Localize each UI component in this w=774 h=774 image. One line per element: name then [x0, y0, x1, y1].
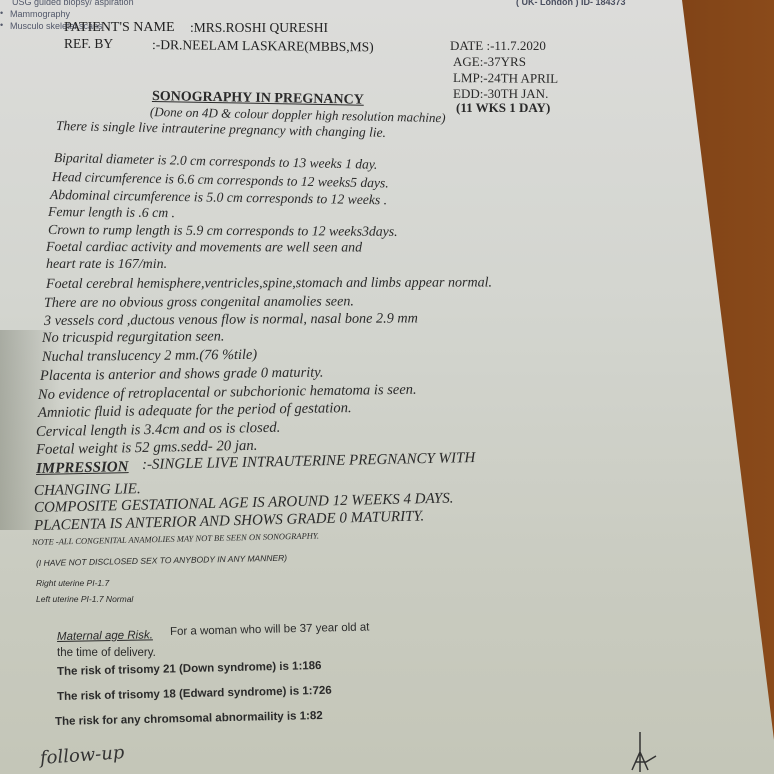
finding-line: There are no obvious gross congenital an… [44, 293, 354, 312]
ref-by-label: REF. BY [64, 36, 113, 52]
finding-line: heart rate is 167/min. [46, 257, 167, 273]
finding-line: 3 vessels cord ,ductous venous flow is n… [44, 310, 418, 330]
lmp-date: LMP:-24TH APRIL [453, 70, 558, 87]
letterhead-service: USG guided biopsy/ aspiration [12, 0, 134, 7]
gestational-age-lmp: (11 WKS 1 DAY) [456, 100, 550, 116]
maternal-risk-text: the time of delivery. [57, 647, 156, 659]
report-date: DATE :-11.7.2020 [450, 38, 546, 54]
finding-line: No evidence of retroplacental or subchor… [38, 382, 417, 404]
letterhead-service: Mammography [10, 9, 70, 19]
patient-name-value: :MRS.ROSHI QURESHI [190, 20, 328, 36]
impression-label: IMPRESSION [36, 459, 129, 478]
finding-line: Foetal cardiac activity and movements ar… [46, 240, 362, 257]
right-uterine-pi: Right uterine PI-1.7 [36, 578, 109, 588]
signature-icon [626, 728, 666, 774]
disclosure-statement: (I HAVE NOT DISCLOSED SEX TO ANYBODY IN … [36, 553, 287, 568]
left-uterine-pi: Left uterine PI-1.7 Normal [36, 594, 133, 604]
finding-line: Foetal cerebral hemisphere,ventricles,sp… [46, 274, 492, 293]
finding-line: Crown to rump length is 5.9 cm correspon… [48, 222, 398, 240]
finding-line: Amniotic fluid is adequate for the perio… [38, 400, 352, 422]
letterhead-reg-id: ( UK- London ) ID- 184373 [516, 0, 626, 7]
letterhead-bullet: • [0, 20, 3, 30]
maternal-risk-text: For a woman who will be 37 year old at [170, 621, 370, 638]
finding-line: Femur length is .6 cm . [48, 204, 175, 221]
maternal-risk-label: Maternal age Risk. [57, 629, 153, 643]
finding-line: Placenta is anterior and shows grade 0 m… [40, 365, 324, 385]
patient-age: AGE:-37YRS [453, 54, 526, 70]
trisomy-18-risk: The risk of trisomy 18 (Edward syndrome)… [57, 685, 332, 703]
trisomy-21-risk: The risk of trisomy 21 (Down syndrome) i… [57, 660, 322, 678]
handwritten-followup-note: follow-up [39, 742, 125, 769]
ref-by-value: :-DR.NEELAM LASKARE(MBBS,MS) [152, 37, 374, 55]
letterhead-bullet: • [0, 8, 3, 18]
finding-line: No tricuspid regurgitation seen. [42, 328, 225, 347]
finding-line: Nuchal translucency 2 mm.(76 %tile) [42, 347, 257, 366]
report-paper: USG guided biopsy/ aspiration • Mammogra… [0, 0, 774, 774]
chromosomal-abnormality-risk: The risk for any chromsomal abnormaility… [55, 710, 323, 728]
patient-name-label: PATIENT'S NAME [64, 20, 175, 36]
